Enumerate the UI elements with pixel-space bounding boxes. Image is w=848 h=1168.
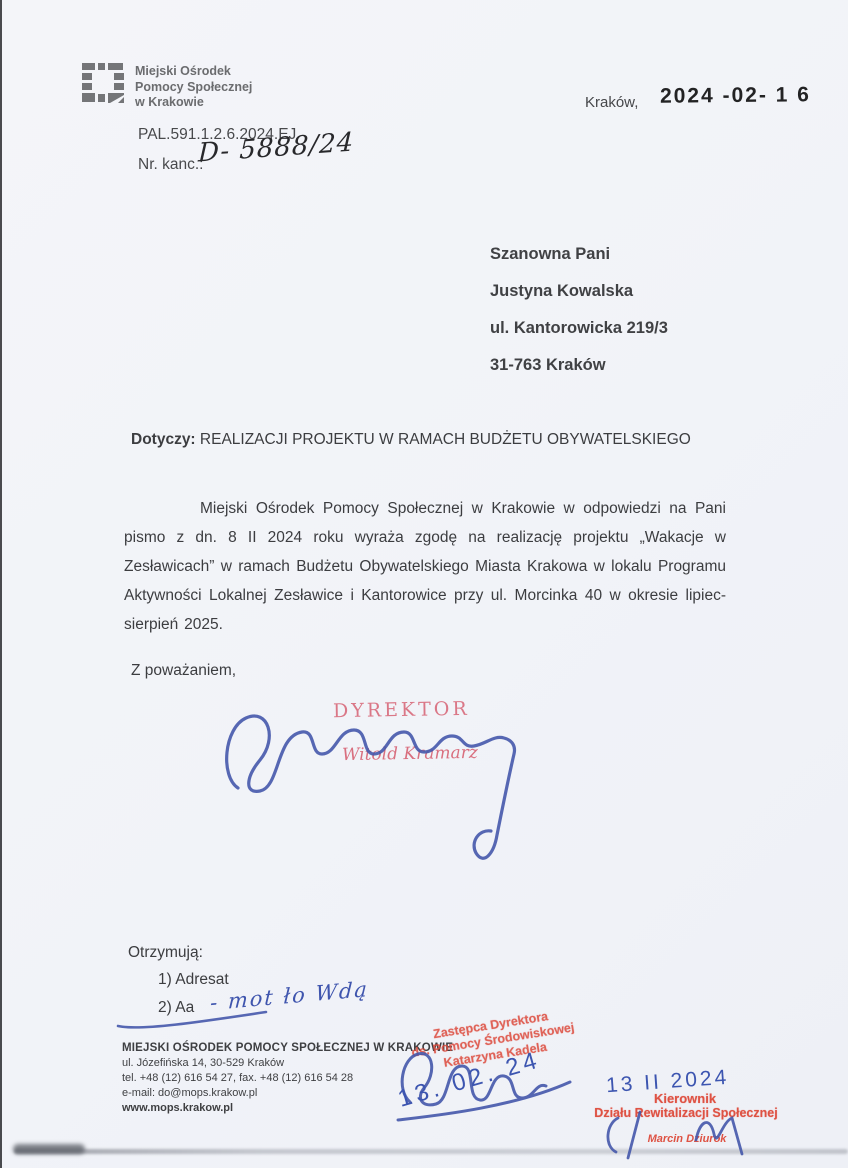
distribution-heading: Otrzymują: <box>128 944 203 962</box>
org-name-line: Miejski Ośrodek <box>135 64 252 80</box>
kanc-number-label: Nr. kanc.: <box>138 156 203 174</box>
recipient-line: 31-763 Kraków <box>490 347 668 384</box>
recipient-address-block: Szanowna Pani Justyna Kowalska ul. Kanto… <box>490 236 668 384</box>
subject-label: Dotyczy: <box>131 431 196 448</box>
director-signature-ink <box>216 688 526 873</box>
manager-stamp-title: Kierownik <box>600 1091 770 1106</box>
mops-logo-icon <box>80 60 126 106</box>
city-label: Kraków, <box>585 94 638 111</box>
closing-line: Z poważaniem, <box>131 662 236 680</box>
handwritten-underline-ink <box>110 1006 275 1032</box>
scan-left-edge <box>0 0 2 1168</box>
distribution-item: 1) Adresat <box>158 971 229 989</box>
date-stamp: 2024 -02- 1 6 <box>660 83 811 109</box>
recipient-line: Szanowna Pani <box>490 236 668 273</box>
recipient-line: Justyna Kowalska <box>490 273 668 310</box>
scan-bottom-smudge <box>13 1144 85 1154</box>
subject-text: REALIZACJI PROJEKTU W RAMACH BUDŻETU OBY… <box>196 431 691 448</box>
scanned-letter-page: Miejski Ośrodek Pomocy Społecznej w Krak… <box>0 0 848 1168</box>
org-name-line: w Krakowie <box>135 95 252 111</box>
body-paragraph: Miejski Ośrodek Pomocy Społecznej w Krak… <box>124 494 726 639</box>
manager-signature-ink <box>596 1106 771 1164</box>
org-name-line: Pomocy Społecznej <box>135 80 252 96</box>
org-name-block: Miejski Ośrodek Pomocy Społecznej w Krak… <box>135 64 252 111</box>
subject-line: Dotyczy: REALIZACJI PROJEKTU W RAMACH BU… <box>131 431 691 449</box>
recipient-line: ul. Kantorowicka 219/3 <box>490 310 668 347</box>
